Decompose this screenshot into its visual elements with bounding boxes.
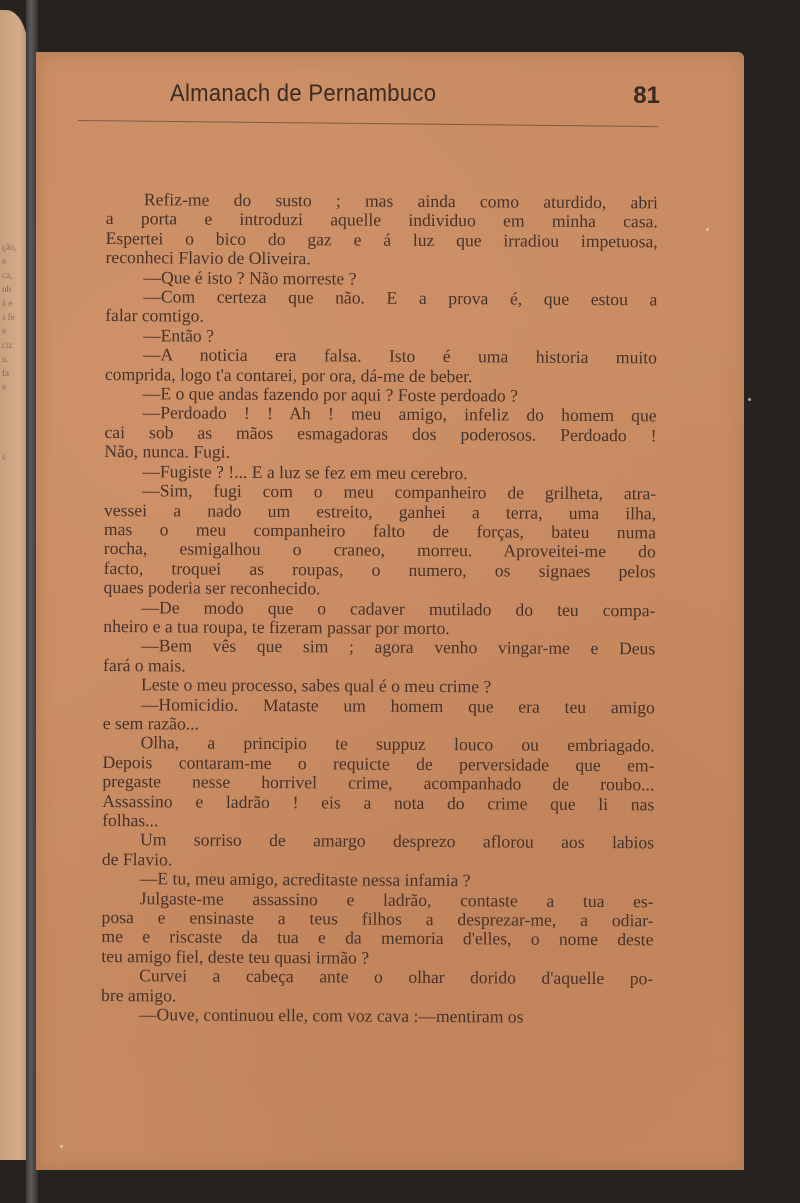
text-line: Um sorriso de amargo desprezo aflorou ao… — [102, 830, 654, 853]
text-line: —Ouve, continuou elle, com voz cava :—me… — [101, 1005, 653, 1028]
facing-page-fragment: ciz — [2, 338, 24, 352]
facing-page-fragment — [2, 436, 24, 450]
paragraph: —Ouve, continuou elle, com voz cava :—me… — [101, 1005, 653, 1028]
paragraph: —A noticia era falsa. Isto é uma histori… — [105, 345, 657, 387]
facing-page-fragment: fa — [2, 366, 24, 380]
paragraph: Olha, a principio te suppuz louco ou emb… — [102, 733, 655, 833]
paper-speckle — [748, 398, 751, 401]
facing-page-fragment — [2, 408, 24, 422]
paper-speckle — [706, 228, 709, 231]
paragraph: —Perdoado ! ! Ah ! meu amigo, infeliz do… — [104, 403, 656, 465]
body-text: Refiz-me do susto ; mas ainda como aturd… — [101, 190, 658, 1028]
facing-page-fragment: ã e — [2, 296, 24, 310]
facing-page-fragment: e — [2, 254, 24, 268]
running-head: Almanach de Pernambuco — [170, 80, 436, 108]
facing-page-fragment: ção, — [2, 240, 24, 254]
paragraph: —Com certeza que não. E a prova é, que e… — [105, 287, 657, 329]
facing-page-fragment: e — [2, 324, 24, 338]
facing-page-edge: ção,eca,nhã es feecizu.faes — [0, 10, 28, 1160]
paragraph: Refiz-me do susto ; mas ainda como aturd… — [106, 190, 658, 271]
facing-page-fragment: u. — [2, 352, 24, 366]
text-line: Assassino e ladrão ! eis a nota do crime… — [102, 792, 654, 815]
page-number: 81 — [633, 82, 660, 110]
paper-speckle — [60, 1145, 63, 1148]
facing-page-fragment — [2, 422, 24, 436]
paragraph: —De modo que o cadaver mutilado do teu c… — [103, 598, 655, 640]
paragraph: Julgaste-me assassino e ladrão, contaste… — [101, 889, 653, 970]
text-line: —Bem vês que sim ; agora venho vingar-me… — [103, 636, 655, 659]
paragraph: —Bem vês que sim ; agora venho vingar-me… — [103, 636, 655, 678]
facing-page-fragment: s — [2, 450, 24, 464]
paragraph: Um sorriso de amargo desprezo aflorou ao… — [102, 830, 654, 872]
facing-page-fragment: s fe — [2, 310, 24, 324]
text-line: Curvei a cabeça ante o olhar dorido d'aq… — [101, 966, 653, 989]
facing-page-fragment: ca, — [2, 268, 24, 282]
paragraph: Curvei a cabeça ante o olhar dorido d'aq… — [101, 966, 653, 1008]
facing-page-text-fragments: ção,eca,nhã es feecizu.faes — [2, 240, 24, 464]
facing-page-fragment: e — [2, 380, 24, 394]
page-header: Almanach de Pernambuco 81 — [78, 80, 658, 120]
facing-page-fragment: nh — [2, 282, 24, 296]
facing-page-fragment — [2, 394, 24, 408]
paragraph: —Sim, fugi com o meu companheiro de gril… — [104, 481, 657, 601]
paragraph: —Homicidio. Mataste um homem que era teu… — [103, 695, 655, 737]
